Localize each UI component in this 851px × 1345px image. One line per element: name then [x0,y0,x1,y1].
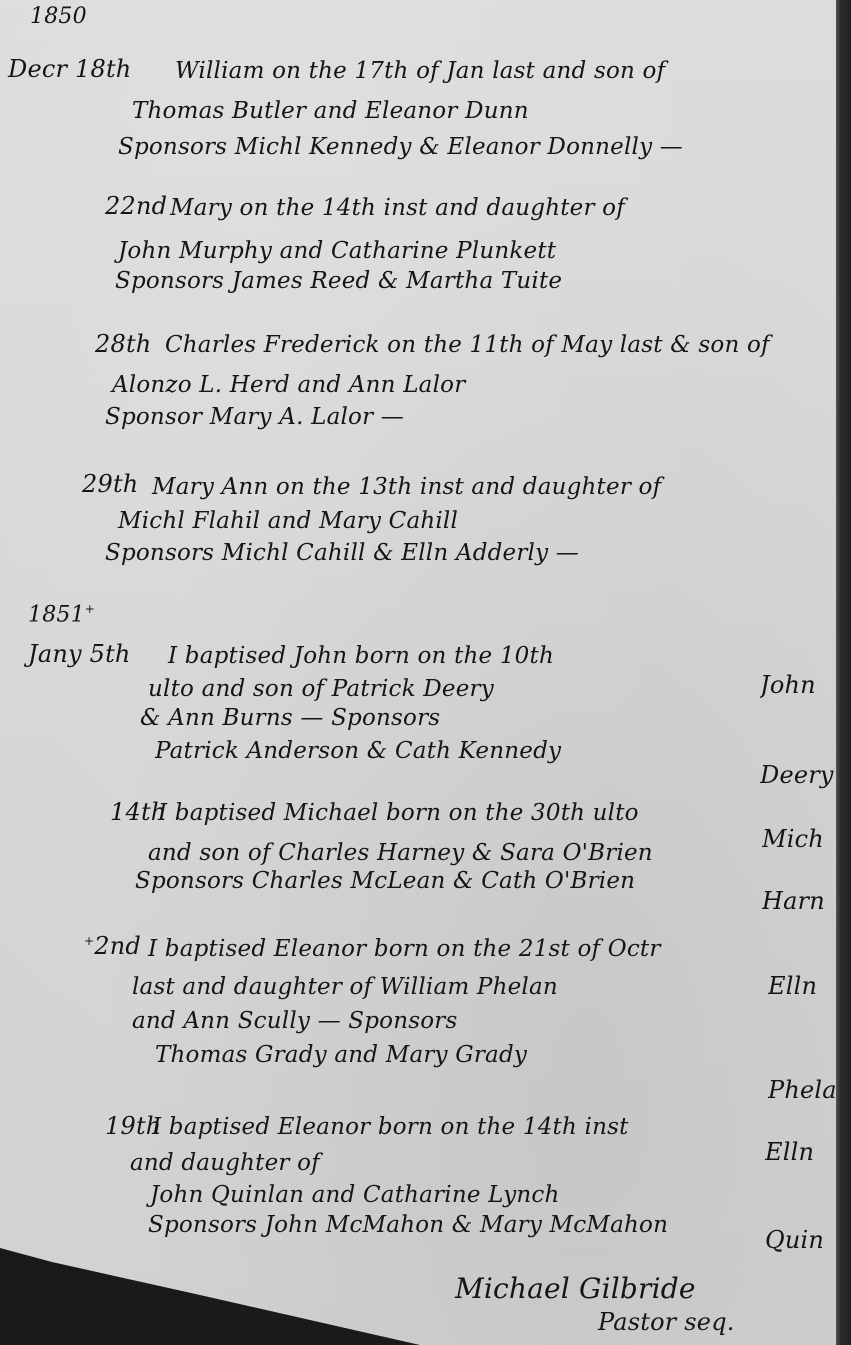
entry-1-line-2: Thomas Butler and Eleanor Dunn [132,98,529,124]
entry-1-day: 18th [75,55,131,83]
pastor-signature: Michael Gilbride [455,1272,696,1305]
entry-2-line-3: Sponsors James Reed & Martha Tuite [115,268,562,294]
entry-8-line-1: I baptised Eleanor born on the 14th inst [152,1114,629,1140]
entry-5-line-4: Patrick Anderson & Cath Kennedy [155,738,561,764]
entry-2-line-2: John Murphy and Catharine Plunkett [118,238,556,264]
entry-7-line-4: Thomas Grady and Mary Grady [155,1042,527,1068]
pastor-title: Pastor seq. [598,1308,735,1336]
entry-1-line-3: Sponsors Michl Kennedy & Eleanor Donnell… [118,134,683,160]
entry-2-day: 22nd [105,192,167,220]
entry-4-day: 29th [82,470,138,498]
entry-3-line-2: Alonzo L. Herd and Ann Lalor [112,372,465,398]
entry-7-day: 2nd [94,932,141,960]
year-heading-1851: 1851+ [28,602,95,627]
entry-7-date: +2nd [84,932,141,960]
year-1851-mark: + [85,602,95,616]
entry-8-line-2: and daughter of [130,1150,320,1176]
entry-5-line-2: ulto and son of Patrick Deery [148,676,494,702]
entry-5-line-1: I baptised John born on the 10th [168,643,554,669]
page-edge-shadow [836,0,851,1345]
entry-7-line-2: last and daughter of William Phelan [132,974,558,1000]
entry-8-margin-name: Elln Quin [765,1108,838,1284]
entry-8-line-3: John Quinlan and Catharine Lynch [150,1182,560,1208]
entry-5-month: Jany [28,640,82,668]
entry-4-line-3: Sponsors Michl Cahill & Elln Adderly — [105,540,579,566]
entry-4-line-2: Michl Flahil and Mary Cahill [118,508,458,534]
entry-3-day: 28th [95,330,151,358]
entry-3-line-1: Charles Frederick on the 11th of May las… [165,332,770,358]
entry-5-margin-name: John Deery [760,640,838,820]
entry-7-line-1: I baptised Eleanor born on the 21st of O… [148,936,661,962]
register-page: 1850 Decr 18th William on the 17th of Ja… [0,0,838,1345]
year-1851-text: 1851 [28,602,85,627]
entry-6-margin-name: Mich Harn [762,808,838,932]
entry-5-day: 5th [90,640,131,668]
entry-1-date: Decr 18th [8,55,131,83]
entry-5-line-3: & Ann Burns — Sponsors [140,705,440,731]
year-heading-1850: 1850 [30,4,87,29]
entry-8-line-4: Sponsors John McMahon & Mary McMahon [148,1212,668,1238]
entry-4-line-1: Mary Ann on the 13th inst and daughter o… [152,474,661,500]
entry-1-line-1: William on the 17th of Jan last and son … [175,58,665,84]
entry-3-line-3: Sponsor Mary A. Lalor — [105,404,404,430]
entry-6-line-2: and son of Charles Harney & Sara O'Brien [148,840,653,866]
entry-5-date: Jany 5th [28,640,131,668]
entry-2-line-1: Mary on the 14th inst and daughter of [170,195,625,221]
entry-6-line-3: Sponsors Charles McLean & Cath O'Brien [135,868,635,894]
entry-1-month: Decr [8,55,67,83]
entry-6-line-1: I baptised Michael born on the 30th ulto [158,800,639,826]
entry-7-mark: + [84,934,94,948]
entry-7-line-3: and Ann Scully — Sponsors [132,1008,457,1034]
